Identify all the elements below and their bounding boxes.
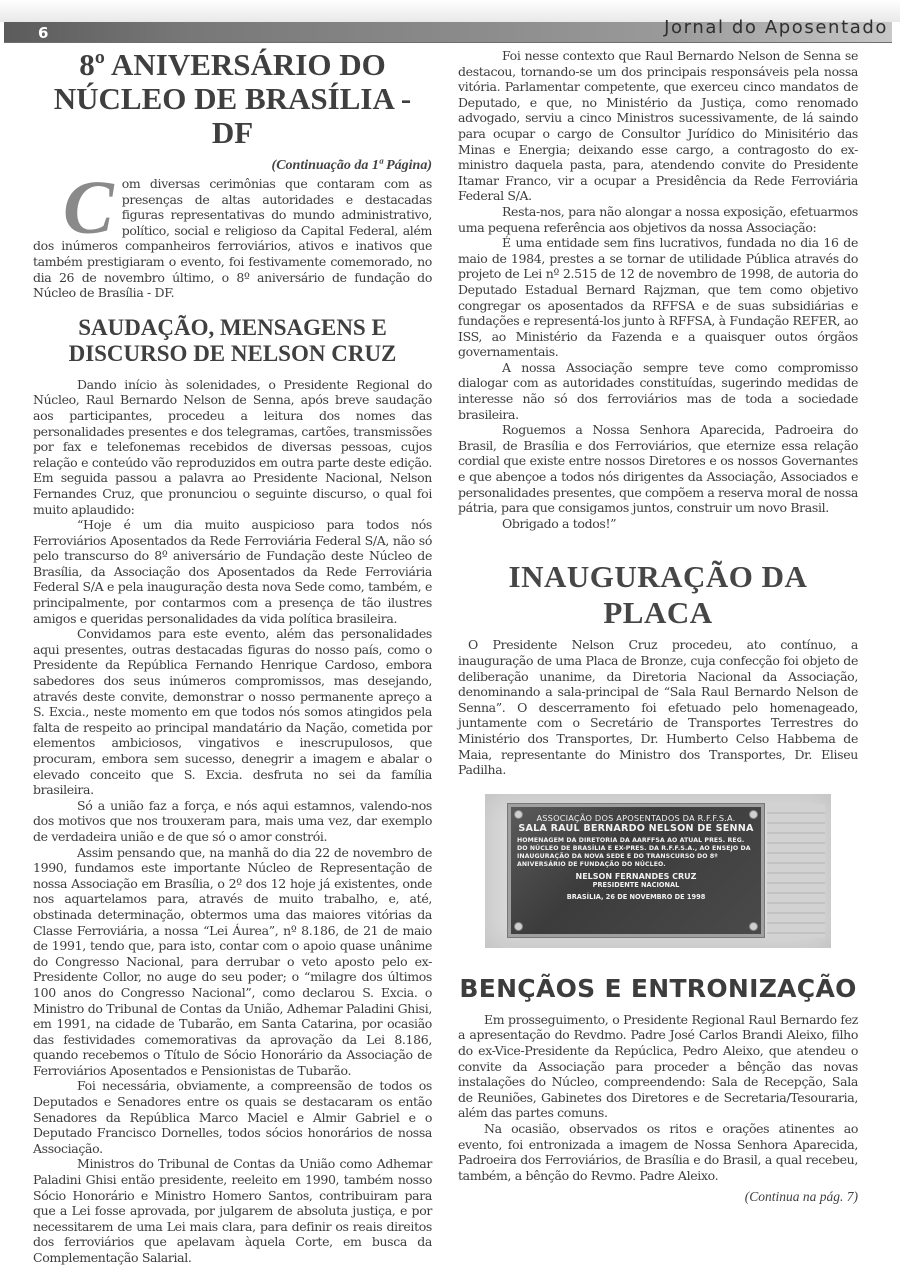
- screw-icon: [749, 922, 758, 931]
- paragraph: É uma entidade sem fins lucrativos, fund…: [458, 235, 858, 360]
- screw-icon: [514, 922, 523, 931]
- right-column: Foi nesse contexto que Raul Bernardo Nel…: [458, 48, 858, 1205]
- photo-background: [767, 804, 825, 938]
- paragraph: Convidamos para este evento, além das pe…: [33, 626, 432, 798]
- plaque-line-1: ASSOCIAÇÃO DOS APOSENTADOS DA R.F.F.S.A.: [517, 813, 755, 823]
- left-column: 8º ANIVERSÁRIO DO NÚCLEO DE BRASÍLIA - D…: [33, 48, 432, 1266]
- paragraph: Obrigado a todos!”: [458, 516, 858, 532]
- plaque-line-2: SALA RAUL BERNARDO NELSON DE SENNA: [517, 823, 755, 835]
- section-heading-placa: INAUGURAÇÃO DA PLACA: [458, 559, 858, 631]
- paragraph: Foi necessária, obviamente, a compreensã…: [33, 1078, 432, 1156]
- article-intro: C om diversas cerimônias que contaram co…: [33, 176, 432, 301]
- paragraph: Assim pensando que, na manhã do dia 22 d…: [33, 845, 432, 1079]
- paragraph: Só a união faz a força, e nós aqui estam…: [33, 798, 432, 845]
- plaque-line-3: HOMENAGEM DA DIRETORIA DA AARFFSA AO ATU…: [517, 837, 755, 869]
- continues-on-page-note: (Continua na pág. 7): [458, 1189, 858, 1205]
- paragraph: Resta-nos, para não alongar a nossa expo…: [458, 204, 858, 235]
- paragraph: A nossa Associação sempre teve como comp…: [458, 360, 858, 422]
- paragraph: Dando início às solenidades, o President…: [33, 377, 432, 517]
- placa-text: O Presidente Nelson Cruz procedeu, ato c…: [458, 637, 858, 777]
- paragraph: “Hoje é um dia muito auspicioso para tod…: [33, 517, 432, 626]
- screw-icon: [749, 810, 758, 819]
- section-heading-bencaos: BENÇÃOS E ENTRONIZAÇÃO: [458, 974, 858, 1004]
- plaque-line-4: NELSON FERNANDES CRUZ: [517, 872, 755, 882]
- plaque-line-6: BRASÍLIA, 26 DE NOVEMBRO DE 1998: [517, 893, 755, 901]
- paragraph: Roguemos a Nossa Senhora Aparecida, Padr…: [458, 422, 858, 516]
- screw-icon: [514, 810, 523, 819]
- article-title: 8º ANIVERSÁRIO DO NÚCLEO DE BRASÍLIA - D…: [33, 48, 432, 150]
- page-number: 6: [38, 24, 48, 42]
- plaque-photo: ASSOCIAÇÃO DOS APOSENTADOS DA R.F.F.S.A.…: [485, 794, 831, 948]
- paragraph: Foi nesse contexto que Raul Bernardo Nel…: [458, 48, 858, 204]
- drop-cap: C: [63, 178, 114, 238]
- paragraph: Na ocasião, observados os ritos e oraçõe…: [458, 1121, 858, 1183]
- newspaper-name: Jornal do Aposentado: [664, 17, 888, 38]
- paragraph: Ministros do Tribunal de Contas da União…: [33, 1156, 432, 1265]
- bencaos-text: Em prosseguimento, o Presidente Regional…: [458, 1012, 858, 1184]
- bronze-plaque: ASSOCIAÇÃO DOS APOSENTADOS DA R.F.F.S.A.…: [508, 804, 764, 937]
- section-heading-saudacao: SAUDAÇÃO, MENSAGENS E DISCURSO DE NELSON…: [33, 315, 432, 367]
- plaque-line-5: PRESIDENTE NACIONAL: [517, 881, 755, 889]
- paragraph: O Presidente Nelson Cruz procedeu, ato c…: [458, 637, 858, 777]
- paragraph: Em prosseguimento, o Presidente Regional…: [458, 1012, 858, 1121]
